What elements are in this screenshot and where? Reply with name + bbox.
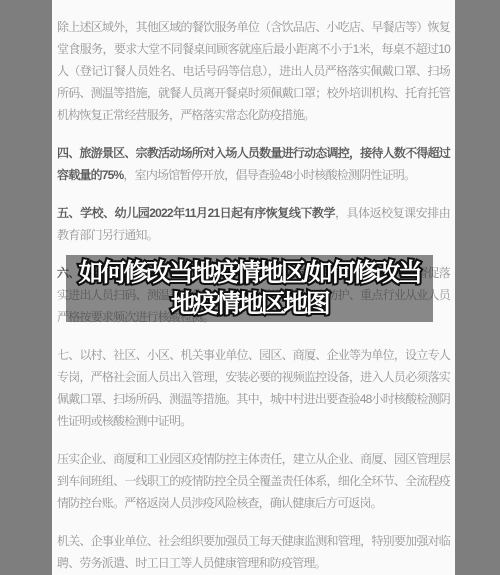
overlay-title-line1: 如何修改当地疫情地区/如何修改当: [79, 258, 421, 289]
article-paragraph: 七、以村、社区、小区、机关事业单位、园区、商厦、企业等为单位，设立专人专岗，严格…: [57, 344, 450, 432]
paragraph-normal-text: 除上述区域外，其他区域的餐饮服务单位（含饮品店、小吃店、早餐店等）恢复堂食服务，…: [57, 20, 450, 122]
article-paragraph: 四、旅游景区、宗教活动场所对入场人员数量进行动态调控，接待人数不得超过容载量的7…: [57, 142, 450, 186]
paragraph-normal-text: 七、以村、社区、小区、机关事业单位、园区、商厦、企业等为单位，设立专人专岗，严格…: [57, 348, 450, 428]
article-paragraph: 机关、企事业单位、社会组织要加强员工每天健康监测和管理，特别要加强对临聘、劳务派…: [57, 530, 450, 574]
paragraph-normal-text: 机关、企事业单位、社会组织要加强员工每天健康监测和管理，特别要加强对临聘、劳务派…: [57, 534, 450, 570]
paragraph-bold-text: 五、学校、幼儿园2022年11月21日起有序恢复线下教学: [57, 206, 335, 220]
paragraph-normal-text: 压实企业、商厦和工业园区疫情防控主体责任，建立从企业、商厦、园区管理层到车间班组…: [57, 452, 450, 510]
article-paragraph: 除上述区域外，其他区域的餐饮服务单位（含饮品店、小吃店、早餐店等）恢复堂食服务，…: [57, 16, 450, 126]
paragraph-normal-text: ，室内场馆暂停开放，倡导查验48小时核酸检测阴性证明。: [123, 168, 415, 182]
article-paragraph: 五、学校、幼儿园2022年11月21日起有序恢复线下教学，具体返校复课安排由教育…: [57, 202, 450, 246]
title-overlay: 如何修改当地疫情地区/如何修改当 地疫情地区地图: [66, 255, 433, 322]
article-paragraph: 压实企业、商厦和工业园区疫情防控主体责任，建立从企业、商厦、园区管理层到车间班组…: [57, 448, 450, 514]
overlay-title-line2: 地疫情地区地图: [171, 289, 329, 320]
